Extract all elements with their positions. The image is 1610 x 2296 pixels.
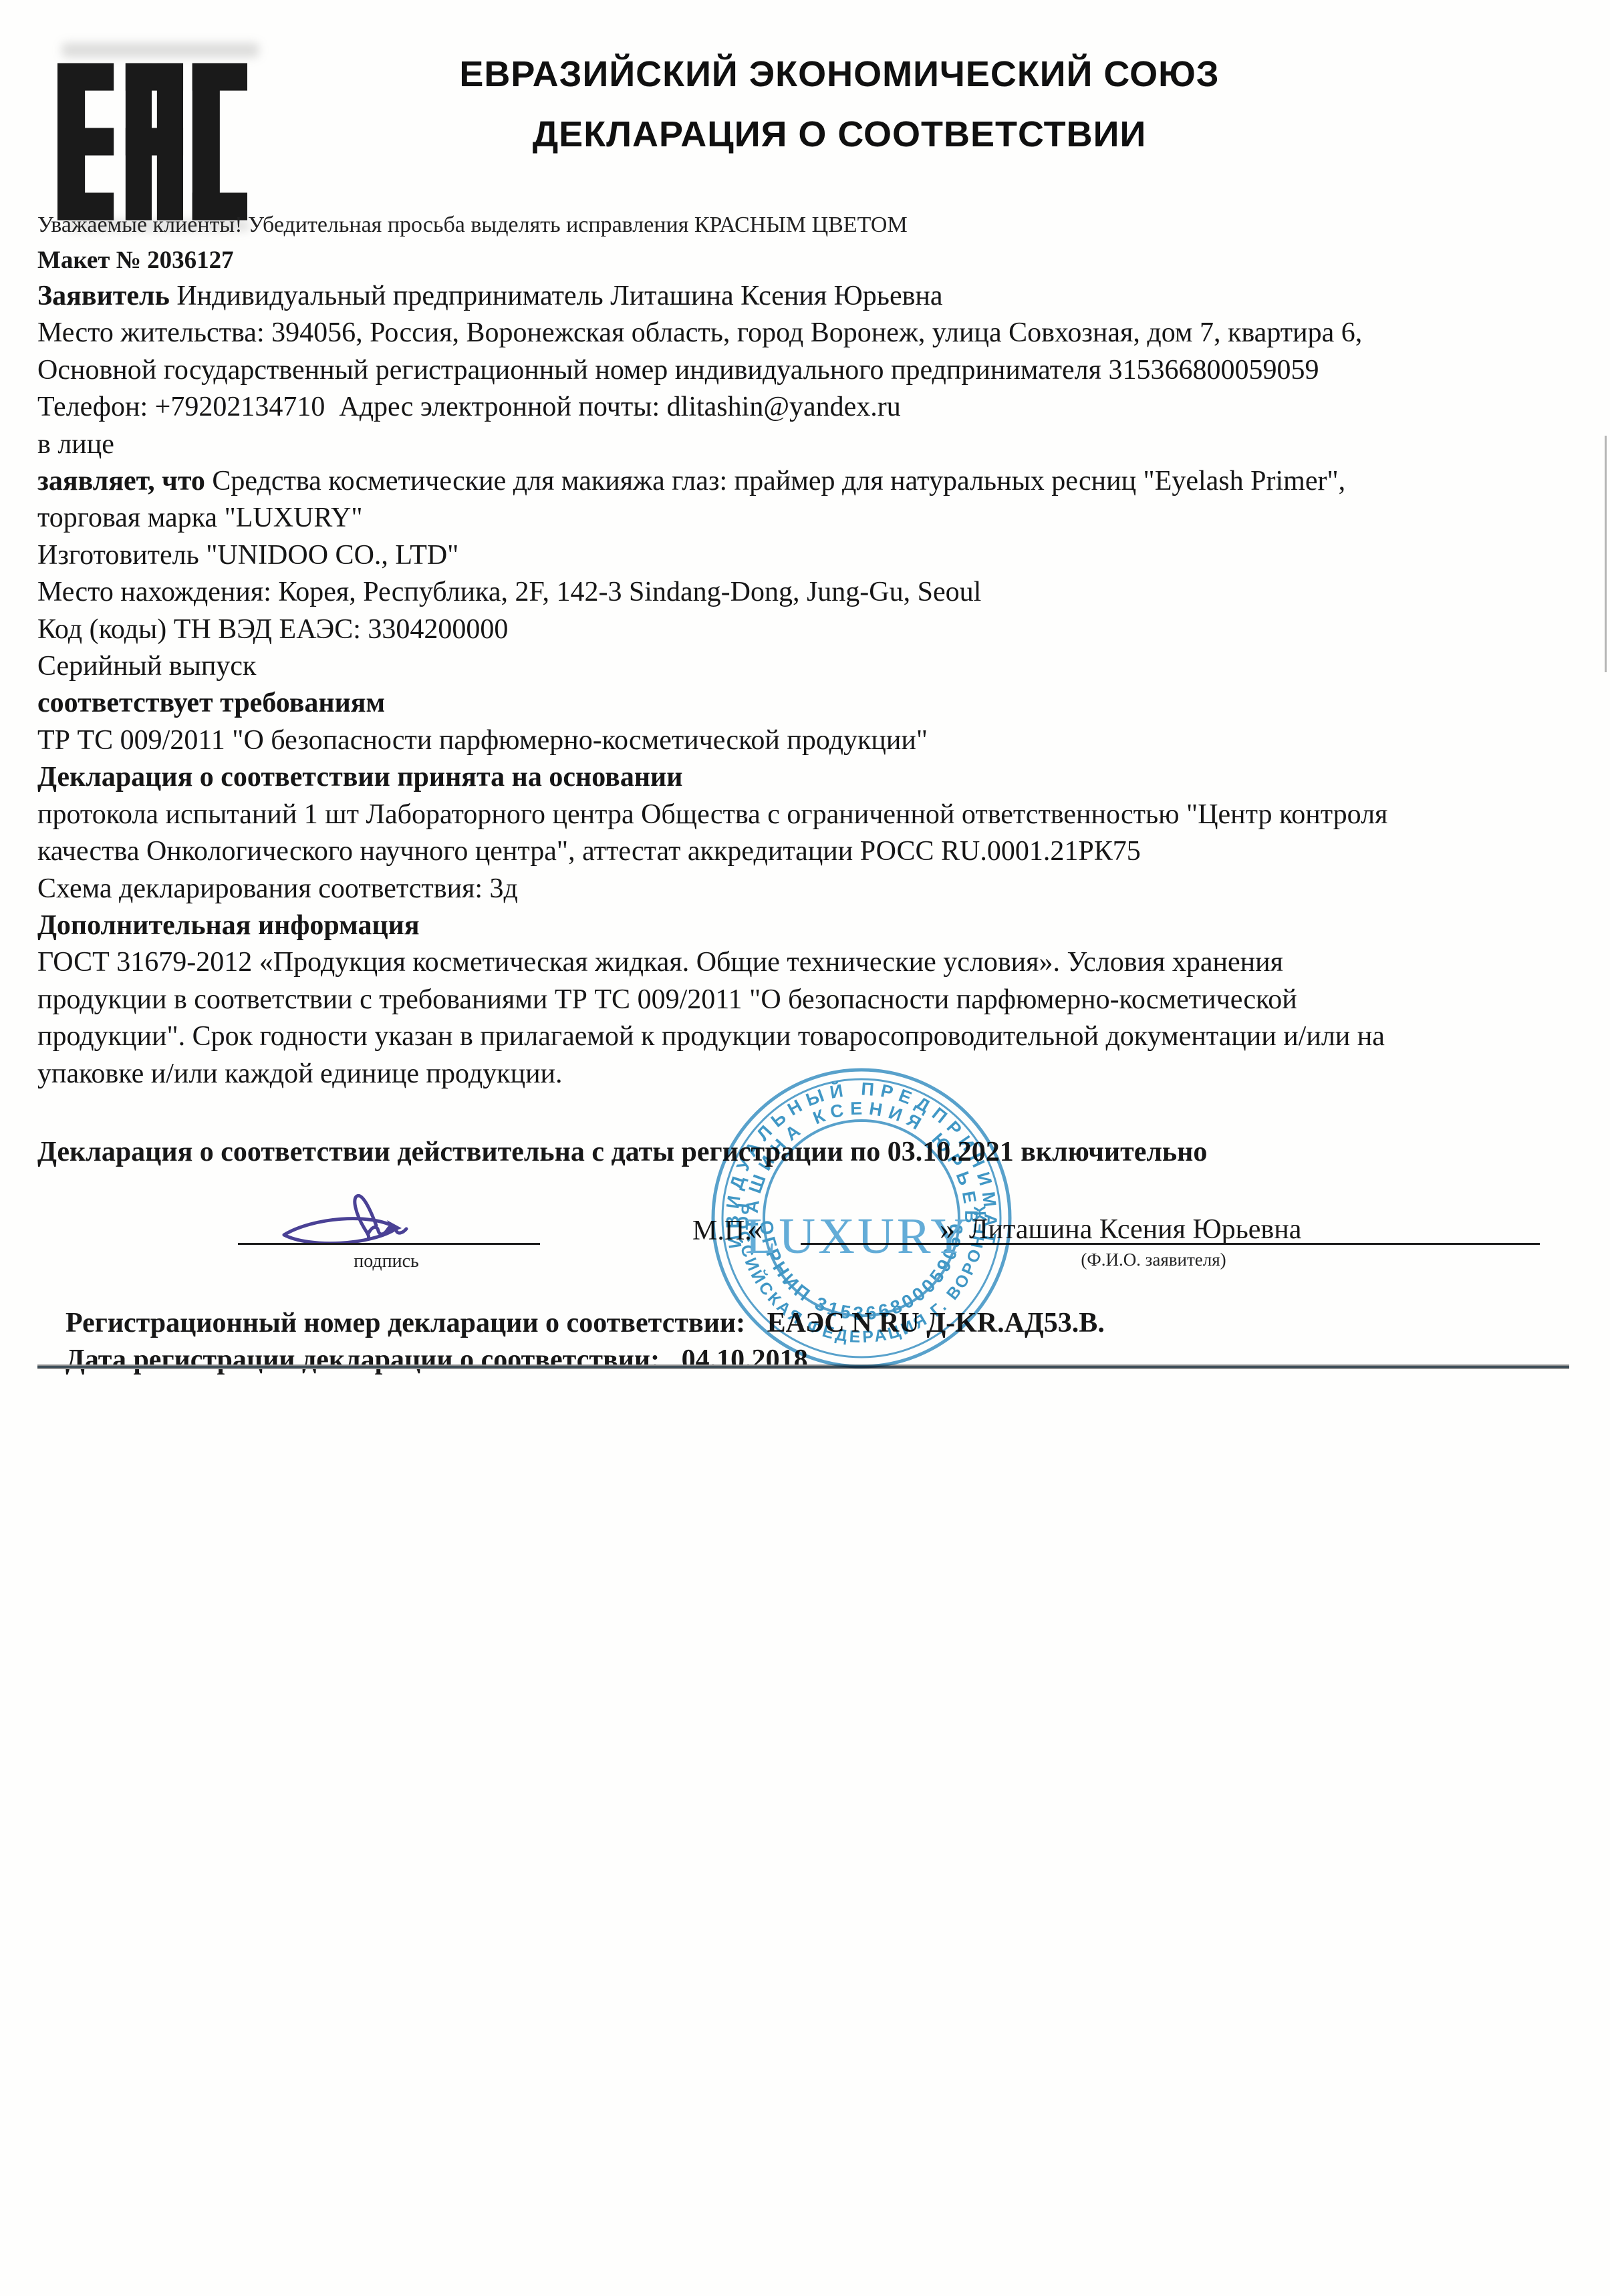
document-line: Декларация о соответствии принята на осн… [37, 759, 1387, 796]
client-notice: Уважаемые клиенты! Убедительная просьба … [37, 212, 908, 238]
document-line: протокола испытаний 1 шт Лабораторного ц… [37, 797, 1387, 833]
document-line: ГОСТ 31679-2012 «Продукция косметическая… [37, 944, 1387, 981]
validity-statement: Декларация о соответствии действительна … [37, 1136, 1207, 1168]
document-line: Код (коды) ТН ВЭД ЕАЭС: 3304200000 [37, 611, 1387, 648]
company-stamp: ИНДИВИДУАЛЬНЫЙ ПРЕДПРИНИМАТЕЛЬ ЛИТАШИНА … [710, 1066, 1013, 1370]
document-line: Заявитель Индивидуальный предприниматель… [37, 278, 1387, 315]
signature-caption: подпись [354, 1251, 419, 1272]
document-line: ТР ТС 009/2011 "О безопасности парфюмерн… [37, 722, 1387, 759]
scan-artifact [61, 43, 259, 57]
document-line: торговая марка "LUXURY" [37, 500, 1387, 537]
applicant-name-caption: (Ф.И.О. заявителя) [1081, 1250, 1226, 1270]
document-line: продукции". Срок годности указан в прила… [37, 1018, 1387, 1055]
handwritten-signature [276, 1192, 411, 1255]
document-line: Место нахождения: Корея, Республика, 2F,… [37, 574, 1387, 611]
document-line: Основной государственный регистрационный… [37, 352, 1387, 389]
header-title-line2: ДЕКЛАРАЦИЯ О СООТВЕТСТВИИ [533, 114, 1147, 155]
scan-edge-artifact [1605, 436, 1607, 672]
document-line: Изготовитель "UNIDOO CO., LTD" [37, 537, 1387, 574]
declaration-body: Заявитель Индивидуальный предприниматель… [37, 278, 1387, 1093]
document-line: в лице [37, 426, 1387, 463]
header-title-line1: ЕВРАЗИЙСКИЙ ЭКОНОМИЧЕСКИЙ СОЮЗ [459, 53, 1219, 95]
registration-date-line: Дата регистрации декларации о соответств… [37, 1312, 808, 1408]
document-line: Серийный выпуск [37, 648, 1387, 685]
document-line: продукции в соответствии с требованиями … [37, 982, 1387, 1018]
document-page: ЕВРАЗИЙСКИЙ ЭКОНОМИЧЕСКИЙ СОЮЗ ДЕКЛАРАЦИ… [0, 0, 1610, 2296]
stamp-center-brand: LUXURY [745, 1208, 970, 1264]
document-line: Телефон: +79202134710 Адрес электронной … [37, 389, 1387, 426]
document-line: качества Онкологического научного центра… [37, 833, 1387, 870]
document-line: Дополнительная информация [37, 907, 1387, 944]
layout-number: Макет № 2036127 [37, 246, 234, 275]
document-line: соответствует требованиям [37, 685, 1387, 722]
eac-logo [57, 63, 247, 221]
document-line: Схема декларирования соответствия: 3д [37, 871, 1387, 907]
document-line: Место жительства: 394056, Россия, Вороне… [37, 315, 1387, 351]
applicant-name: Литашина Ксения Юрьевна [969, 1213, 1301, 1246]
registration-date-label: Дата регистрации декларации о соответств… [65, 1344, 667, 1375]
document-line: заявляет, что Средства косметические для… [37, 463, 1387, 500]
signature-line [238, 1243, 540, 1245]
